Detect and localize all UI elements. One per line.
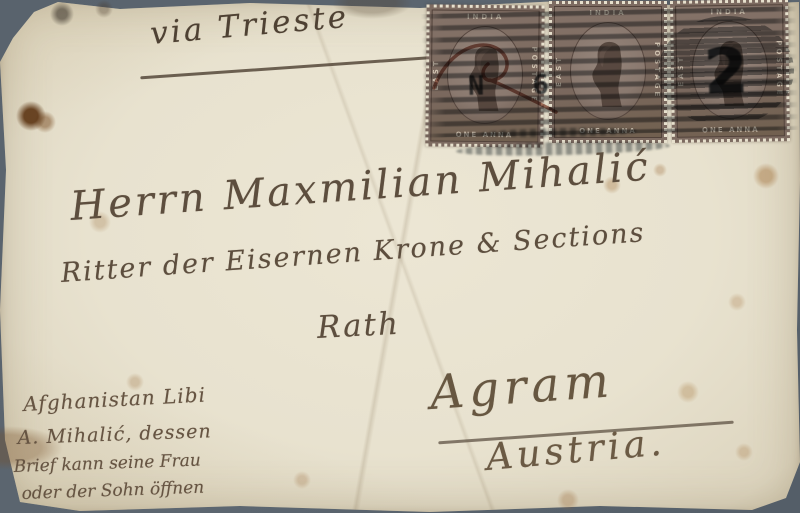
postmark-numeral: 2 — [703, 34, 749, 108]
manuscript-pen-mark — [428, 28, 578, 120]
address-title-line2: Rath — [316, 306, 401, 346]
scanned-envelope-photo: via Trieste INDIA EAST POSTAGE ONE ANNA … — [0, 0, 800, 513]
